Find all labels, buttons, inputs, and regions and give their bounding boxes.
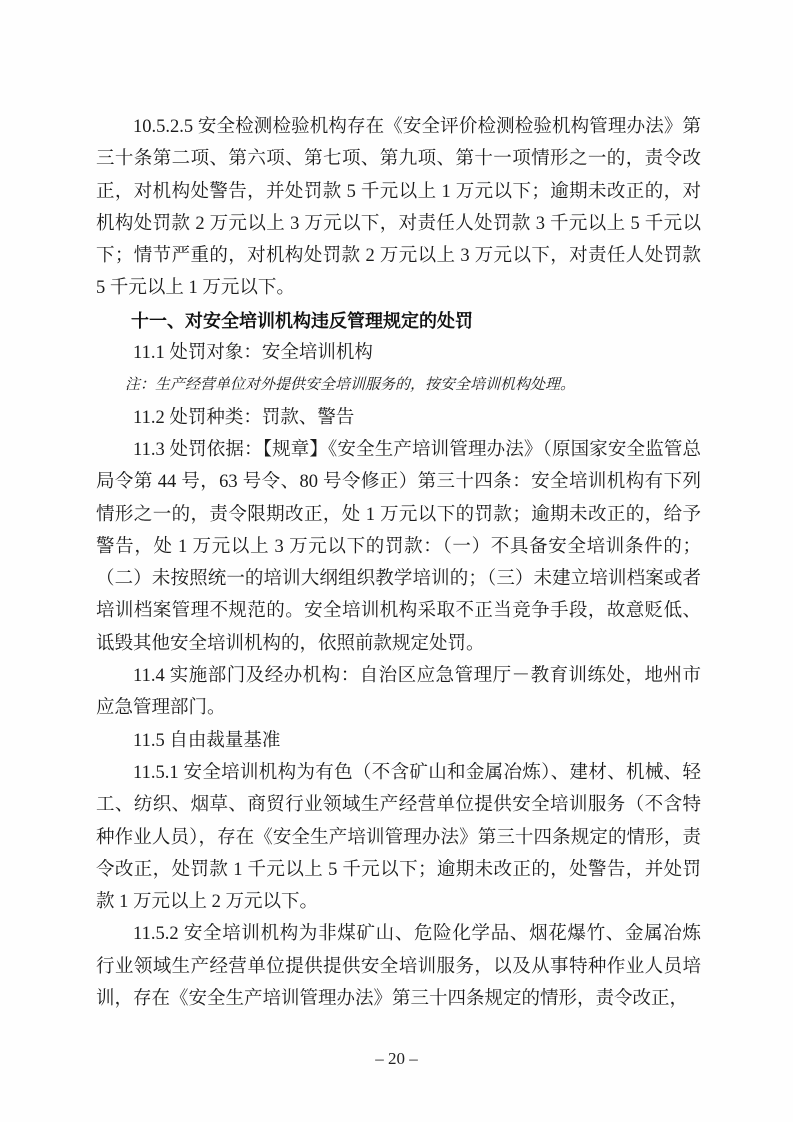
note-line: 注：生产经营单位对外提供安全培训服务的，按安全培训机构处理。 [96, 369, 701, 401]
paragraph-11-1-penalty-target: 11.1 处罚对象：安全培训机构 [96, 337, 701, 369]
paragraph-10-5-2-5: 10.5.2.5 安全检测检验机构存在《安全评价检测检验机构管理办法》第三十条第… [96, 111, 701, 305]
section-heading-11: 十一、对安全培训机构违反管理规定的处罚 [96, 305, 701, 337]
page-content: 10.5.2.5 安全检测检验机构存在《安全评价检测检验机构管理办法》第三十条第… [96, 111, 701, 1015]
paragraph-11-4-implementing-departments: 11.4 实施部门及经办机构：自治区应急管理厅－教育训练处，地州市应急管理部门。 [96, 660, 701, 725]
paragraph-11-2-penalty-types: 11.2 处罚种类：罚款、警告 [96, 402, 701, 434]
paragraph-11-5-discretion-benchmark: 11.5 自由裁量基准 [96, 725, 701, 757]
document-page: 10.5.2.5 安全检测检验机构存在《安全评价检测检验机构管理办法》第三十条第… [0, 0, 793, 1122]
page-number: – 20 – [0, 1049, 793, 1069]
paragraph-11-5-1: 11.5.1 安全培训机构为有色（不含矿山和金属冶炼）、建材、机械、轻工、纺织、… [96, 757, 701, 918]
paragraph-11-5-2: 11.5.2 安全培训机构为非煤矿山、危险化学品、烟花爆竹、金属冶炼行业领域生产… [96, 918, 701, 1015]
paragraph-11-3-penalty-basis: 11.3 处罚依据：【规章】《安全生产培训管理办法》（原国家安全监管总局令第 4… [96, 434, 701, 660]
